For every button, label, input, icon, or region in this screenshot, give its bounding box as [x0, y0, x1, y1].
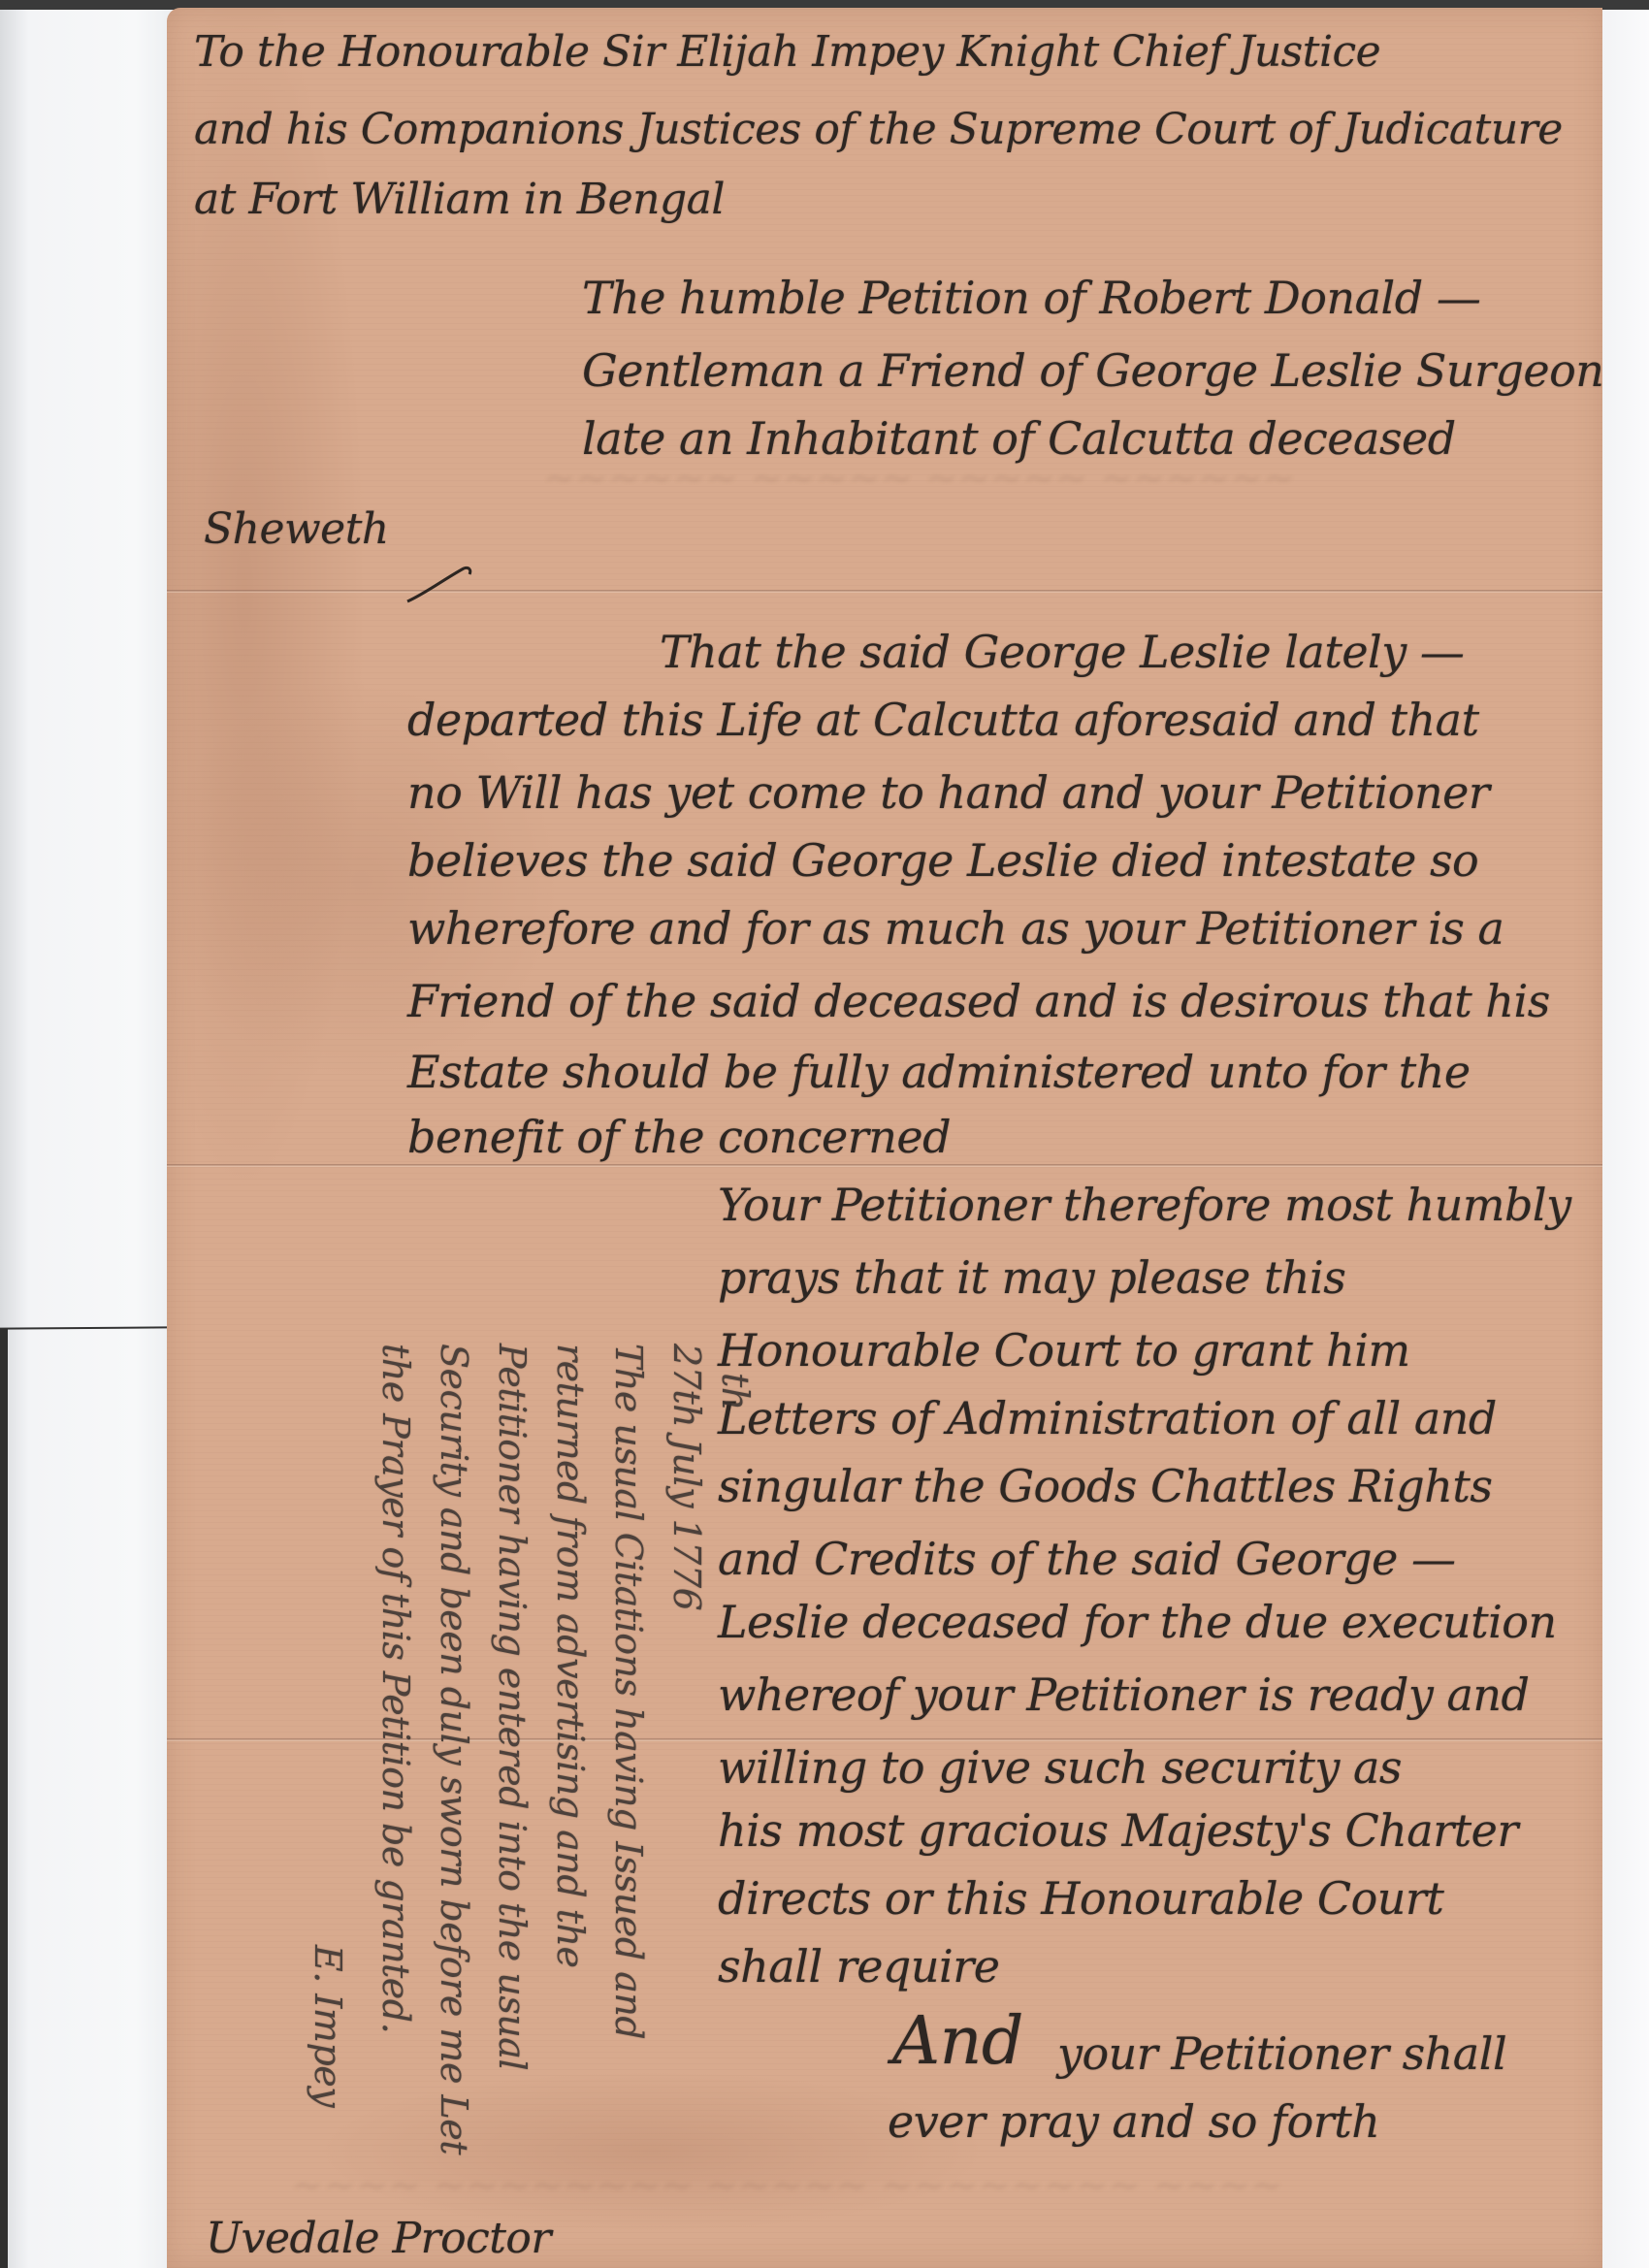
- heading-line: Gentleman a Friend of George Leslie Surg…: [582, 344, 1603, 397]
- body-line: departed this Life at Calcutta aforesaid…: [407, 694, 1479, 746]
- body-line: That the said George Leslie lately —: [660, 626, 1464, 678]
- fold-line: [167, 1164, 1602, 1167]
- closing-line: your Petitioner shall: [1057, 2027, 1506, 2080]
- prayer-line: Your Petitioner therefore most humbly: [718, 1179, 1571, 1231]
- backing-sheet-shadow: [0, 1329, 8, 2268]
- heading-line: late an Inhabitant of Calcutta deceased: [582, 412, 1456, 465]
- body-line: benefit of the concerned: [407, 1111, 951, 1163]
- fold-line: [167, 590, 1602, 593]
- bleed-through-text: ~~~~ ~~~~~~~~ ~~~~~ ~~~~~~~~ ~~~~: [291, 2163, 1283, 2208]
- marginal-line: Security and been duly sworn before me L…: [433, 1344, 475, 2155]
- prayer-line: Honourable Court to grant him: [718, 1324, 1410, 1377]
- address-line: at Fort William in Bengal: [194, 175, 725, 224]
- sheweth-label: Sheweth: [204, 504, 389, 554]
- body-line: wherefore and for as much as your Petiti…: [407, 902, 1503, 955]
- marginal-superscript: th: [714, 1373, 757, 1410]
- body-line: Friend of the said deceased and is desir…: [407, 975, 1550, 1027]
- marginal-line: the Prayer of this Petition be granted.: [374, 1344, 417, 2033]
- body-line: Estate should be fully administered unto…: [407, 1046, 1471, 1098]
- marginal-line: Petitioner having entered into the usual: [491, 1344, 533, 2070]
- body-line: no Will has yet come to hand and your Pe…: [407, 766, 1489, 819]
- body-line: believes the said George Leslie died int…: [407, 834, 1478, 887]
- prayer-line: his most gracious Majesty's Charter: [718, 1804, 1518, 1857]
- address-line: and his Companions Justices of the Supre…: [194, 105, 1563, 154]
- closing-and: And: [892, 2003, 1023, 2080]
- marginal-date: 27th July 1776: [665, 1344, 708, 1610]
- prayer-line: willing to give such security as: [718, 1741, 1402, 1794]
- heading-line: The humble Petition of Robert Donald —: [582, 272, 1480, 324]
- closing-line: ever pray and so forth: [888, 2095, 1379, 2148]
- marginal-line: returned from advertising and the: [549, 1344, 592, 1967]
- prayer-line: Letters of Administration of all and: [718, 1392, 1497, 1444]
- prayer-line: singular the Goods Chattles Rights: [718, 1460, 1492, 1512]
- prayer-line: directs or this Honourable Court: [718, 1872, 1443, 1925]
- prayer-line: and Credits of the said George —: [718, 1533, 1455, 1585]
- prayer-line: whereof your Petitioner is ready and: [718, 1669, 1529, 1721]
- scanner-background-right: [1602, 0, 1649, 2268]
- marginal-line: The usual Citations having Issued and: [607, 1344, 650, 2039]
- address-line: To the Honourable Sir Elijah Impey Knigh…: [194, 27, 1380, 77]
- prayer-line: prays that it may please this: [718, 1251, 1345, 1304]
- marginal-signature: E. Impey: [307, 1945, 349, 2107]
- prayer-line: Leslie deceased for the due execution: [718, 1596, 1557, 1648]
- flourish-mark: [405, 565, 473, 603]
- prayer-line: shall require: [718, 1940, 999, 1993]
- proctor-signature: Uvedale Proctor: [206, 2214, 551, 2263]
